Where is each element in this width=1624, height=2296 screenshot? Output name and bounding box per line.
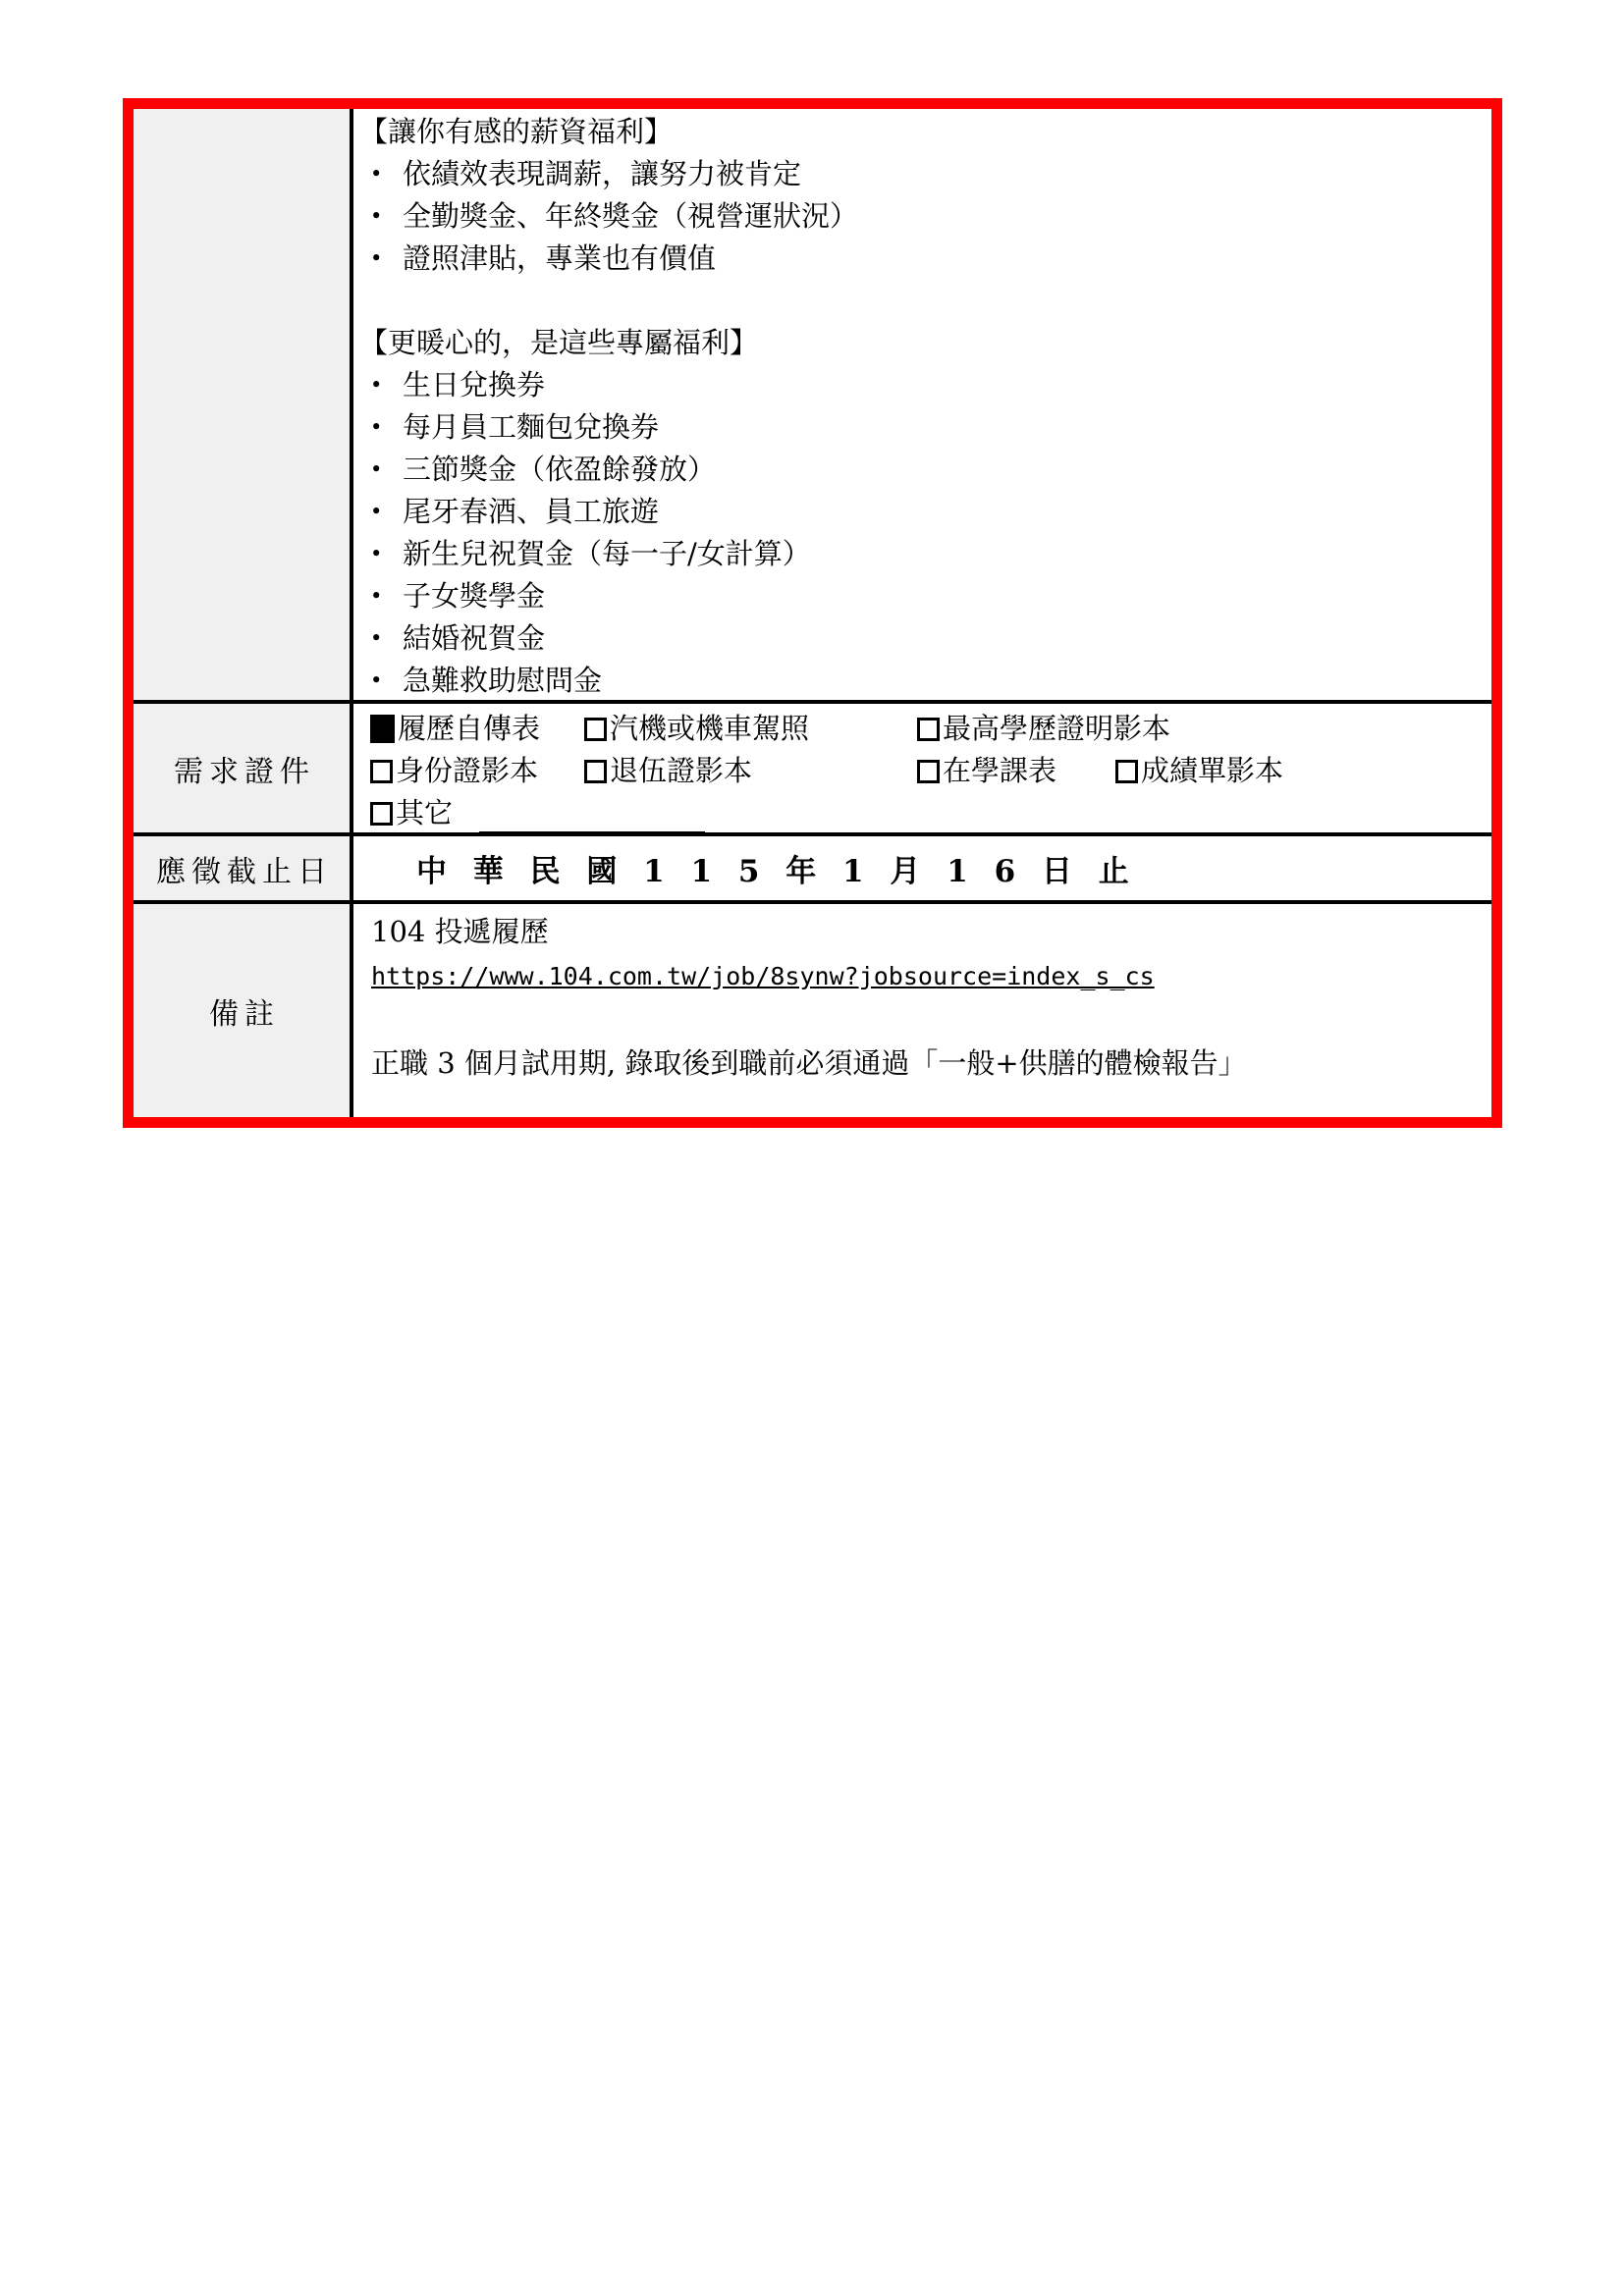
documents-row-label: 需求證件 (168, 747, 315, 790)
checkbox-other-icon[interactable] (370, 802, 393, 826)
list-item: • 生日兌換券 (359, 364, 1484, 406)
checkbox-diploma-icon[interactable] (917, 718, 940, 741)
document-option-drivers-license: 汽機或機車駕照 (584, 708, 917, 750)
salary-benefit-text: 依績效表現調薪，讓努力被肯定 (403, 153, 801, 195)
document-option-class-schedule: 在學課表 (917, 750, 1115, 792)
bullet-icon: • (359, 617, 403, 660)
document-option-id-copy: 身份證影本 (370, 750, 584, 792)
document-option-label: 履歷自傳表 (398, 708, 540, 750)
checkbox-discharge-icon[interactable] (584, 760, 607, 783)
welfare-benefit-text: 三節獎金（依盈餘發放） (403, 449, 716, 491)
documents-line-3: 其它 (370, 792, 1491, 834)
checkbox-id-copy-icon[interactable] (370, 760, 393, 783)
url-line: https://www.104.com.tw/job/8synw?jobsour… (371, 953, 1482, 998)
document-option-label: 最高學歷證明影本 (943, 708, 1170, 750)
list-item: • 急難救助慰問金 (359, 660, 1484, 702)
documents-row: 需求證件 履歷自傳表 汽機或機車駕照 最高學歷證明影本 (134, 700, 1491, 832)
document-option-label: 其它 (396, 792, 453, 834)
list-item: • 三節獎金（依盈餘發放） (359, 449, 1484, 491)
deadline-row-label-cell: 應徵截止日 (134, 836, 353, 900)
bullet-icon: • (359, 195, 403, 238)
salary-benefit-text: 全勤獎金、年終獎金（視營運狀況） (403, 195, 858, 238)
document-option-transcript: 成績單影本 (1115, 750, 1283, 792)
list-item: • 每月員工麵包兌換券 (359, 406, 1484, 449)
checkbox-class-schedule-icon[interactable] (917, 760, 940, 783)
welfare-benefit-text: 急難救助慰問金 (403, 660, 602, 702)
job-posting-url-link[interactable]: https://www.104.com.tw/job/8synw?jobsour… (371, 955, 1155, 998)
welfare-benefit-text: 子女獎學金 (403, 575, 545, 617)
bullet-icon: • (359, 533, 403, 575)
documents-row-label-cell: 需求證件 (134, 704, 353, 832)
document-option-label: 汽機或機車駕照 (610, 708, 809, 750)
document-option-label: 成績單影本 (1141, 750, 1283, 792)
job-application-table: 【讓你有感的薪資福利】 • 依績效表現調薪，讓努力被肯定 • 全勤獎金、年終獎金… (123, 98, 1502, 1128)
bullet-icon: • (359, 238, 403, 280)
remarks-content-cell: 104 投遞履歷 https://www.104.com.tw/job/8syn… (353, 904, 1491, 1117)
bullet-icon: • (359, 491, 403, 533)
welfare-benefits-title: 【更暖心的，是這些專屬福利】 (359, 322, 1484, 364)
bullet-icon: • (359, 660, 403, 702)
remarks-row-label-cell: 備註 (134, 904, 353, 1117)
list-item: • 結婚祝賀金 (359, 617, 1484, 660)
other-fill-in-blank (479, 800, 705, 834)
list-item: • 依績效表現調薪，讓努力被肯定 (359, 153, 1484, 195)
welfare-benefit-text: 生日兌換券 (403, 364, 545, 406)
bullet-icon: • (359, 406, 403, 449)
document-option-diploma: 最高學歷證明影本 (917, 708, 1170, 750)
list-item: • 子女獎學金 (359, 575, 1484, 617)
blank-line (359, 280, 1484, 322)
bullet-icon: • (359, 449, 403, 491)
welfare-benefit-text: 結婚祝賀金 (403, 617, 545, 660)
welfare-benefit-text: 每月員工麵包兌換券 (403, 406, 659, 449)
welfare-benefit-text: 尾牙春酒、員工旅遊 (403, 491, 659, 533)
list-item: • 新生兒祝賀金（每一子/女計算） (359, 533, 1484, 575)
document-option-resume: 履歷自傳表 (370, 708, 584, 750)
document-page: 【讓你有感的薪資福利】 • 依績效表現調薪，讓努力被肯定 • 全勤獎金、年終獎金… (0, 0, 1624, 2296)
checkbox-drivers-license-icon[interactable] (584, 718, 607, 741)
deadline-value: 中 華 民 國 1 1 5 年 1 月 1 6 日 止 (353, 836, 1491, 900)
salary-benefit-text: 證照津貼，專業也有價值 (403, 238, 716, 280)
document-option-label: 在學課表 (943, 750, 1056, 792)
bullet-icon: • (359, 575, 403, 617)
document-option-label: 退伍證影本 (610, 750, 752, 792)
deadline-row: 應徵截止日 中 華 民 國 1 1 5 年 1 月 1 6 日 止 (134, 832, 1491, 900)
remarks-row: 備註 104 投遞履歷 https://www.104.com.tw/job/8… (134, 900, 1491, 1117)
bullet-icon: • (359, 153, 403, 195)
document-option-discharge: 退伍證影本 (584, 750, 917, 792)
remarks-note: 正職 3 個月試用期, 錄取後到職前必須通過「一般+供膳的體檢報告」 (371, 1041, 1482, 1085)
deadline-row-label: 應徵截止日 (150, 847, 333, 890)
salary-benefits-title: 【讓你有感的薪資福利】 (359, 111, 1484, 153)
remarks-row-label: 備註 (203, 989, 280, 1033)
list-item: • 全勤獎金、年終獎金（視營運狀況） (359, 195, 1484, 238)
documents-content-cell: 履歷自傳表 汽機或機車駕照 最高學歷證明影本 身份證影本 (353, 704, 1491, 832)
documents-line-2: 身份證影本 退伍證影本 在學課表 成績單影本 (370, 750, 1491, 792)
checkbox-transcript-icon[interactable] (1115, 760, 1138, 783)
blank-line (371, 998, 1482, 1041)
document-option-label: 身份證影本 (396, 750, 538, 792)
documents-line-1: 履歷自傳表 汽機或機車駕照 最高學歷證明影本 (370, 708, 1491, 750)
document-option-other: 其它 (370, 792, 705, 834)
checkbox-resume-icon[interactable] (370, 715, 395, 743)
remarks-channel: 104 投遞履歷 (371, 910, 1482, 953)
welfare-benefit-text: 新生兒祝賀金（每一子/女計算） (403, 533, 811, 575)
bullet-icon: • (359, 364, 403, 406)
benefits-row: 【讓你有感的薪資福利】 • 依績效表現調薪，讓努力被肯定 • 全勤獎金、年終獎金… (134, 109, 1491, 700)
benefits-content-cell: 【讓你有感的薪資福利】 • 依績效表現調薪，讓努力被肯定 • 全勤獎金、年終獎金… (353, 109, 1491, 700)
list-item: • 尾牙春酒、員工旅遊 (359, 491, 1484, 533)
benefits-row-label-cell (134, 109, 353, 700)
list-item: • 證照津貼，專業也有價值 (359, 238, 1484, 280)
